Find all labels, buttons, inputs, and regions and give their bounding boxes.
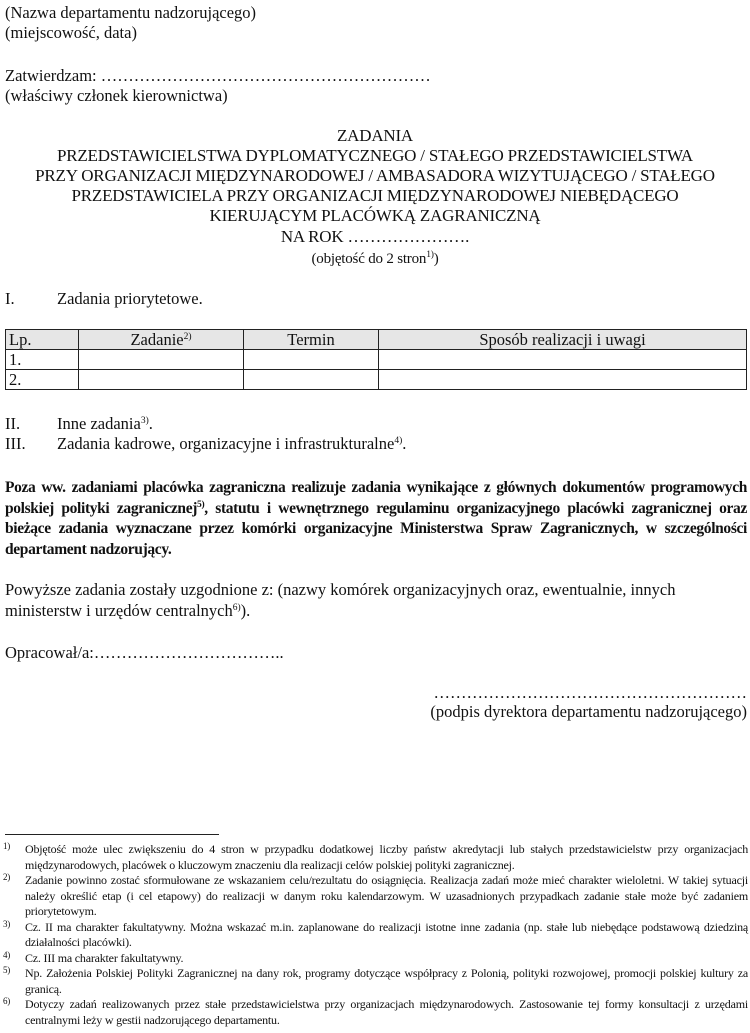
footnote-mark: 2) bbox=[3, 870, 10, 886]
signature-line: ………………………………………………… bbox=[434, 683, 748, 703]
section-heading-other-tasks: Inne zadania3). bbox=[57, 414, 153, 434]
volume-note-end: ) bbox=[434, 251, 439, 267]
cell-lp: 2. bbox=[6, 370, 79, 390]
column-header-lp: Lp. bbox=[6, 330, 79, 350]
section-heading-priority-tasks: Zadania priorytetowe. bbox=[57, 289, 203, 309]
signature-label: (podpis dyrektora departamentu nadzorują… bbox=[430, 702, 747, 722]
column-header-deadline: Termin bbox=[244, 330, 379, 350]
footnote-ref: 3) bbox=[141, 416, 149, 426]
document-subtitle-line: KIERUJĄCYM PLACÓWKĄ ZAGRANICZNĄ bbox=[0, 206, 750, 226]
table-row: 1. bbox=[6, 350, 747, 370]
section-heading-staff-tasks: Zadania kadrowe, organizacyjne i infrast… bbox=[57, 434, 406, 454]
approval-line: Zatwierdzam: …………………………………………………… bbox=[5, 66, 431, 86]
footnote-text: Np. Założenia Polskiej Polityki Zagranic… bbox=[25, 966, 748, 996]
footnote-ref: 1) bbox=[426, 250, 434, 260]
cell-task[interactable] bbox=[79, 370, 244, 390]
section-number: I. bbox=[5, 289, 15, 309]
footnotes: 1)Objętość może ulec zwiększeniu do 4 st… bbox=[3, 842, 748, 1028]
footnote-text: Cz. III ma charakter fakultatywny. bbox=[25, 951, 183, 965]
footnote-ref: 6) bbox=[233, 603, 241, 613]
section-number: III. bbox=[5, 434, 26, 454]
section-end: . bbox=[149, 414, 153, 433]
table-row: 2. bbox=[6, 370, 747, 390]
volume-note: (objętość do 2 stron1)) bbox=[0, 249, 750, 269]
document-subtitle-line: PRZEDSTAWICIELA PRZY ORGANIZACJI MIĘDZYN… bbox=[0, 186, 750, 206]
footnote-text: Objętość może ulec zwiększeniu do 4 stro… bbox=[25, 842, 748, 872]
footnote-mark: 3) bbox=[3, 917, 10, 933]
footnote-separator bbox=[5, 834, 219, 835]
approver-role-label: (właściwy członek kierownictwa) bbox=[5, 86, 228, 106]
year-line: NA ROK …………………. bbox=[0, 227, 750, 247]
section-number: II. bbox=[5, 414, 20, 434]
footnote: 6)Dotyczy zadań realizowanych przez stał… bbox=[3, 997, 748, 1028]
footnote: 2)Zadanie powinno zostać sformułowane ze… bbox=[3, 873, 748, 920]
document-title: ZADANIA bbox=[0, 126, 750, 146]
agreement-paragraph: Powyższe zadania zostały uzgodnione z: (… bbox=[5, 580, 747, 621]
section-text: Inne zadania bbox=[57, 414, 141, 433]
footnote-mark: 6) bbox=[3, 994, 10, 1010]
cell-method[interactable] bbox=[379, 370, 747, 390]
cell-task[interactable] bbox=[79, 350, 244, 370]
section-end: . bbox=[402, 434, 406, 453]
prepared-by-line: Opracował/a:…………………………….. bbox=[5, 643, 284, 663]
footnote: 1)Objętość może ulec zwiększeniu do 4 st… bbox=[3, 842, 748, 873]
paragraph-end: ). bbox=[241, 601, 251, 620]
supervising-department-label: (Nazwa departamentu nadzorującego) bbox=[5, 3, 256, 23]
footnote: 3)Cz. II ma charakter fakultatywny. Możn… bbox=[3, 920, 748, 951]
footnote-mark: 1) bbox=[3, 839, 10, 855]
footnote-text: Zadanie powinno zostać sformułowane ze w… bbox=[25, 873, 748, 918]
footnote-ref: 2) bbox=[184, 332, 192, 342]
footnote-text: Dotyczy zadań realizowanych przez stałe … bbox=[25, 997, 748, 1027]
cell-method[interactable] bbox=[379, 350, 747, 370]
document-subtitle-line: PRZEDSTAWICIELSTWA DYPLOMATYCZNEGO / STA… bbox=[0, 146, 750, 166]
table-header-row: Lp. Zadanie2) Termin Sposób realizacji i… bbox=[6, 330, 747, 350]
section-text: Zadania kadrowe, organizacyjne i infrast… bbox=[57, 434, 394, 453]
footnote: 5)Np. Założenia Polskiej Polityki Zagran… bbox=[3, 966, 748, 997]
cell-lp: 1. bbox=[6, 350, 79, 370]
place-date-label: (miejscowość, data) bbox=[5, 23, 137, 43]
footnote-mark: 5) bbox=[3, 963, 10, 979]
cell-deadline[interactable] bbox=[244, 350, 379, 370]
document-subtitle-line: PRZY ORGANIZACJI MIĘDZYNARODOWEJ / AMBAS… bbox=[0, 166, 750, 186]
volume-note-text: (objętość do 2 stron bbox=[311, 251, 426, 267]
cell-deadline[interactable] bbox=[244, 370, 379, 390]
footnote-mark: 4) bbox=[3, 948, 10, 964]
footnote: 4)Cz. III ma charakter fakultatywny. bbox=[3, 951, 748, 967]
column-header-task: Zadanie2) bbox=[79, 330, 244, 350]
bold-paragraph: Poza ww. zadaniami placówka zagraniczna … bbox=[5, 478, 747, 560]
priority-tasks-table: Lp. Zadanie2) Termin Sposób realizacji i… bbox=[5, 329, 747, 390]
paragraph-text: Powyższe zadania zostały uzgodnione z: (… bbox=[5, 580, 675, 620]
column-header-method: Sposób realizacji i uwagi bbox=[379, 330, 747, 350]
footnote-text: Cz. II ma charakter fakultatywny. Można … bbox=[25, 920, 748, 950]
column-header-task-text: Zadanie bbox=[130, 330, 183, 349]
